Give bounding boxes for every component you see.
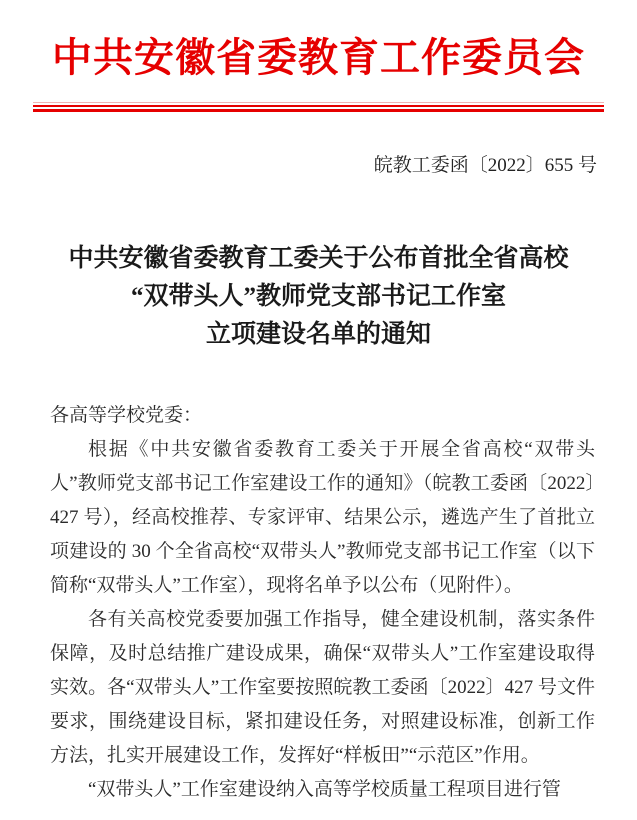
document-title-line: 立项建设名单的通知 <box>0 316 637 354</box>
org-name-header: 中共安徽省委教育工作委员会 <box>0 34 637 82</box>
document-page: 中共安徽省委教育工作委员会 皖教工委函〔2022〕655 号 中共安徽省委教育工… <box>0 0 637 820</box>
rule-faint-line <box>33 102 604 103</box>
red-divider-rule <box>33 102 604 112</box>
document-body: 各高等学校党委： 根据《中共安徽省委教育工委关于开展全省高校“双带头人”教师党支… <box>0 399 637 807</box>
body-paragraph: “双带头人”工作室建设纳入高等学校质量工程项目进行管 <box>50 773 595 807</box>
document-number: 皖教工委函〔2022〕655 号 <box>0 154 637 178</box>
document-title-line: “双带头人”教师党支部书记工作室 <box>0 278 637 316</box>
rule-thick-line <box>33 109 604 112</box>
rule-thin-line <box>33 105 604 107</box>
body-paragraph: 根据《中共安徽省委教育工委关于开展全省高校“双带头人”教师党支部书记工作室建设工… <box>50 433 595 603</box>
document-title: 中共安徽省委教育工委关于公布首批全省高校“双带头人”教师党支部书记工作室立项建设… <box>0 240 637 354</box>
document-title-line: 中共安徽省委教育工委关于公布首批全省高校 <box>0 240 637 278</box>
letterhead: 中共安徽省委教育工作委员会 <box>0 34 637 112</box>
salutation: 各高等学校党委： <box>50 399 595 433</box>
body-paragraphs: 根据《中共安徽省委教育工委关于开展全省高校“双带头人”教师党支部书记工作室建设工… <box>50 433 595 807</box>
body-paragraph: 各有关高校党委要加强工作指导，健全建设机制，落实条件保障，及时总结推广建设成果，… <box>50 603 595 773</box>
